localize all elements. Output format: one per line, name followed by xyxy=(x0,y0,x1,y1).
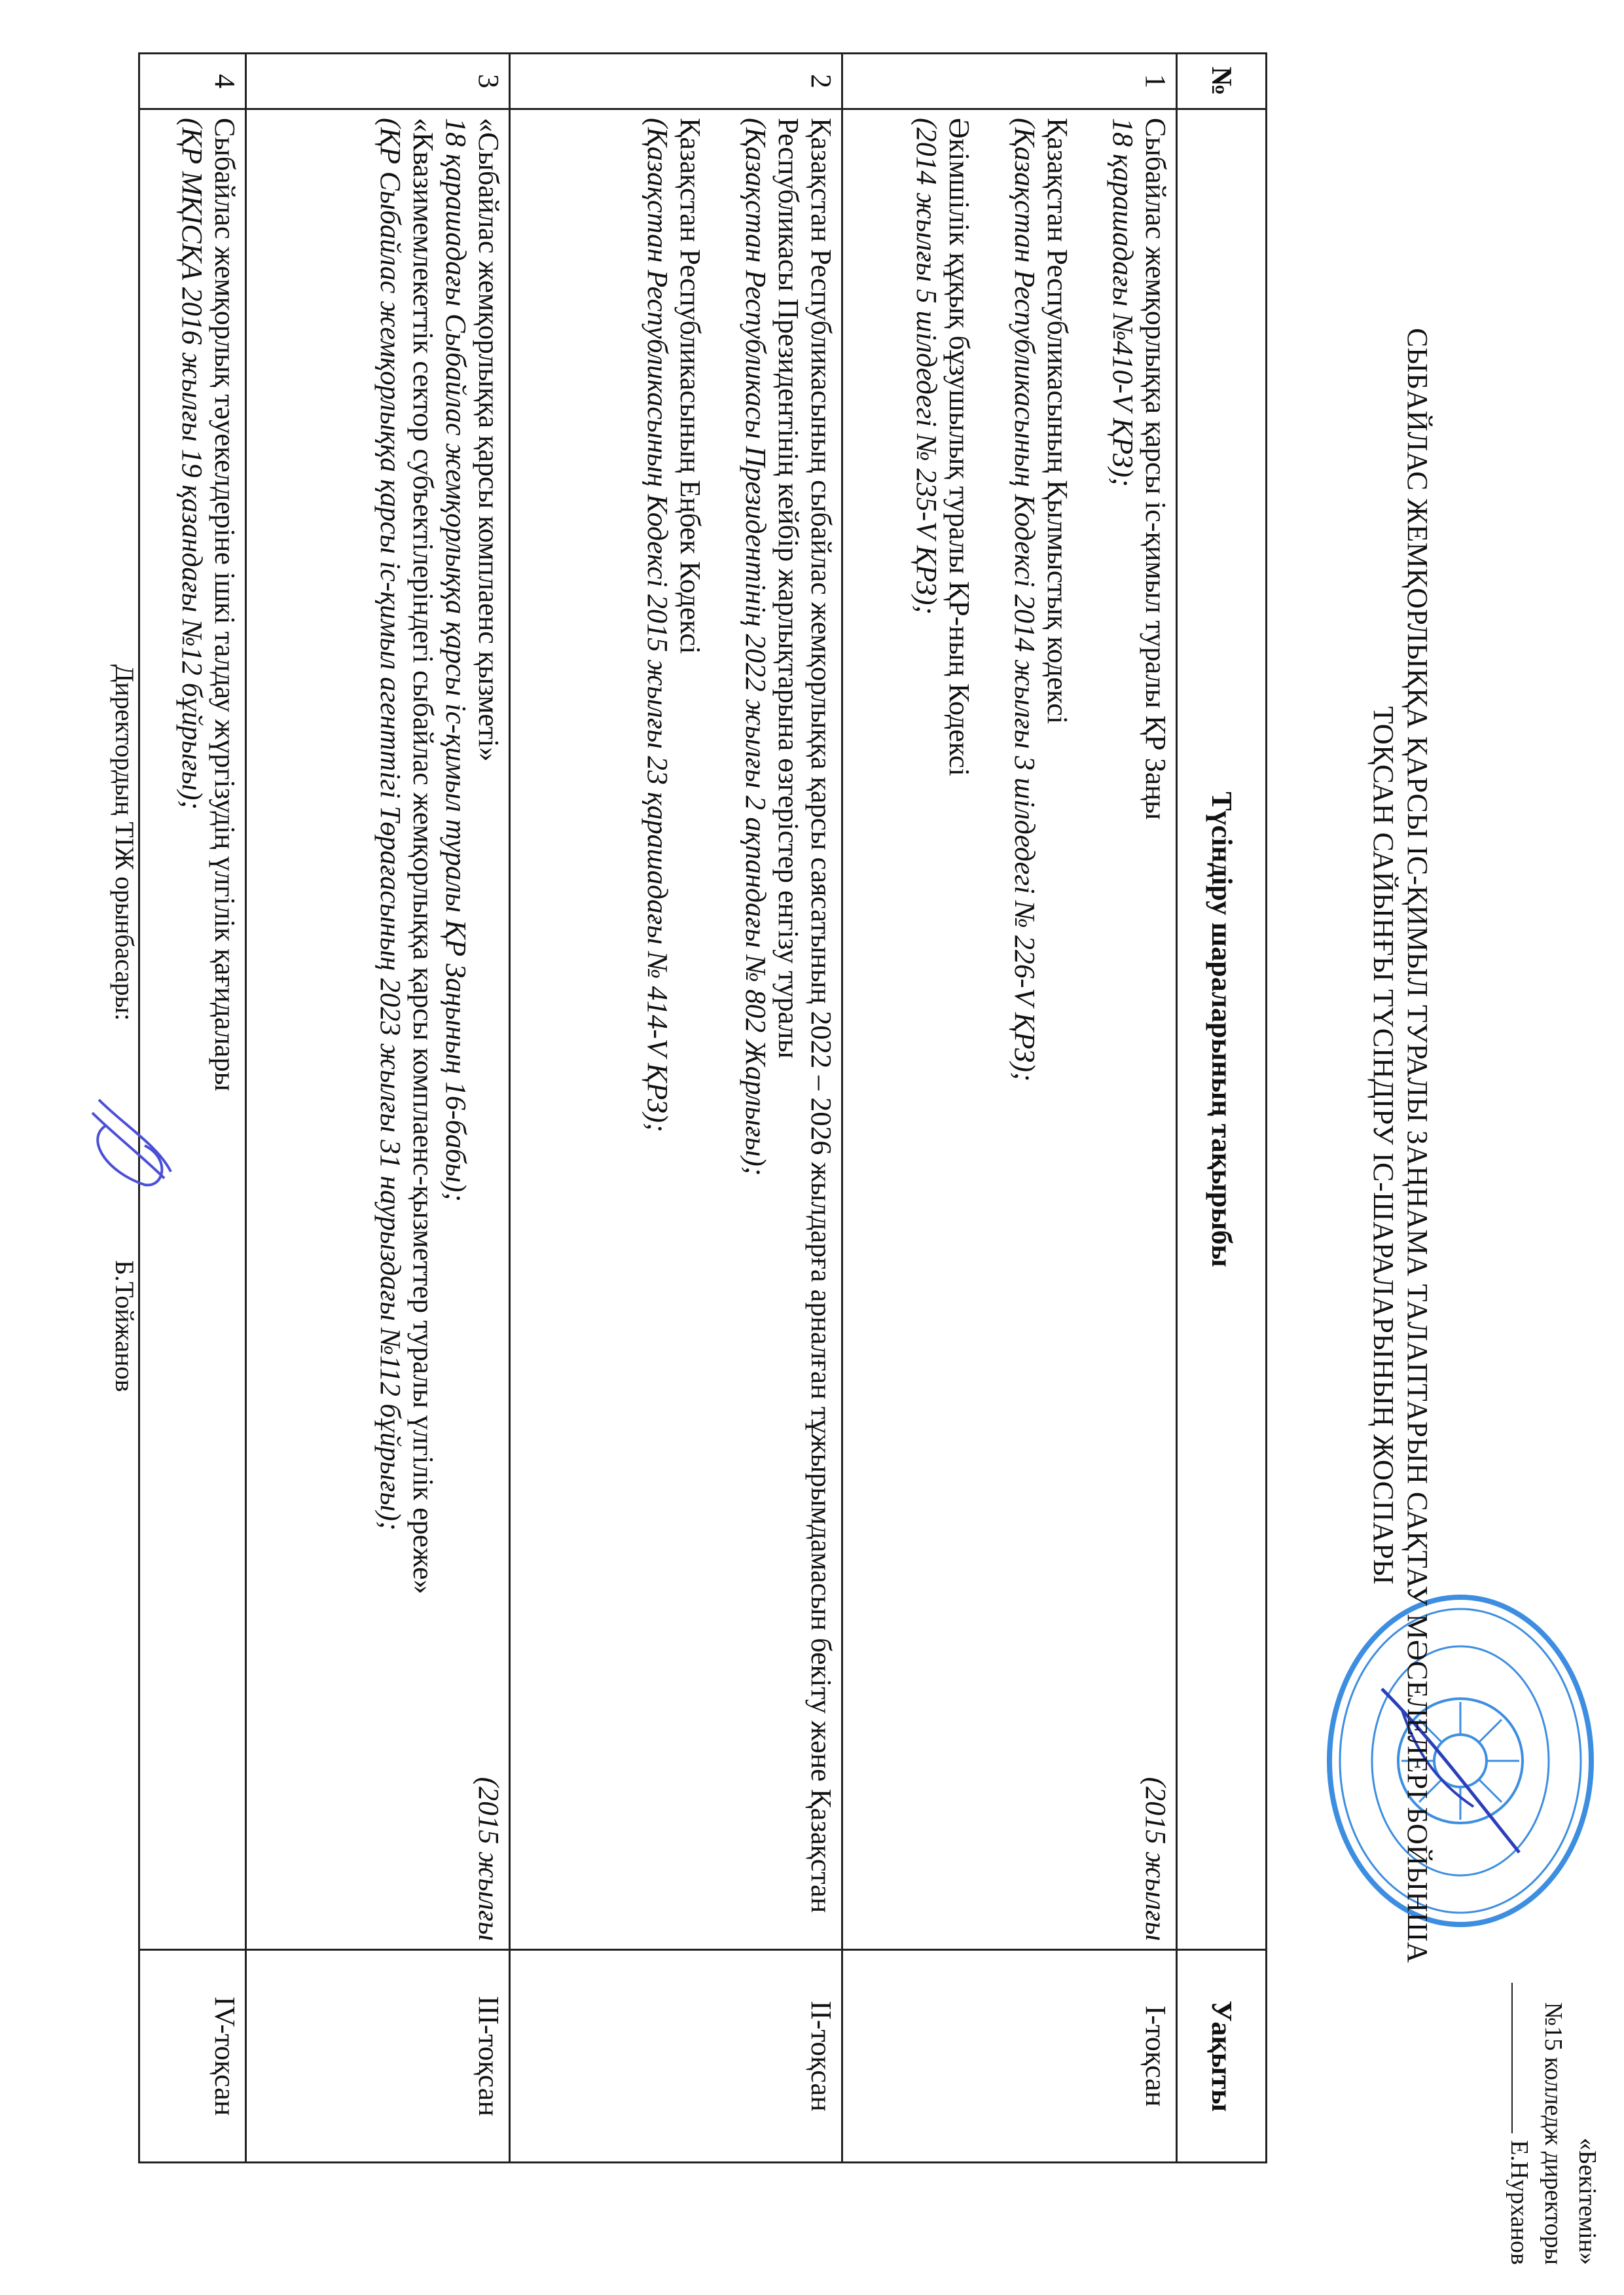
topic-reference: 18 қарашадағы №410-V ҚРЗ); xyxy=(1106,118,1139,1941)
table-row: 3 «Сыбайлас жемқорлыққа қарсы комплаенс … xyxy=(246,54,510,2163)
topic-title: «Квазимемлекеттік сектор субъектілерінде… xyxy=(406,118,439,1941)
topic-title: Сыбайлас жемқорлыққа қарсы іс-қимыл тура… xyxy=(1139,118,1172,820)
row-topics: Қазақстан Республикасының сыбайлас жемқо… xyxy=(510,109,842,1949)
topic-reference: (Қазақстан Республикасының Кодексі 2015 … xyxy=(641,118,674,1941)
document-title: СЫБАЙЛАС ЖЕМҚОРЛЫҚҚА ҚАРСЫ ІС-ҚИМЫЛ ТУРА… xyxy=(1366,131,1434,2160)
row-time: І-тоқсан xyxy=(842,1950,1177,2163)
header-number: № xyxy=(1177,54,1267,109)
topic-title-suffix: (2015 жылғы xyxy=(1139,1777,1172,1942)
row-time: ІІ-тоқсан xyxy=(510,1950,842,2163)
topic-reference: (Қазақстан Республикасы Президентінің 20… xyxy=(739,118,772,1941)
topic-title: Қазақстан Республикасының Қылмыстық коде… xyxy=(1041,118,1074,1941)
row-number: 3 xyxy=(246,54,510,109)
topic-title: «Сыбайлас жемқорлыққа қарсы комплаенс қы… xyxy=(472,118,505,762)
approval-name: Е.Нурханов xyxy=(1506,2140,1533,2265)
row-number: 2 xyxy=(510,54,842,109)
header-time: Уақыты xyxy=(1177,1950,1267,2163)
topic-reference: (Қазақстан Республикасының Кодексі 2014 … xyxy=(1008,118,1041,1941)
topic-title: Қазақстан Республикасының Еңбек Кодексі xyxy=(674,118,706,1941)
row-topics: Сыбайлас жемқорлыққа қарсы іс-қимыл тура… xyxy=(842,109,1177,1949)
header-topic: Түсіндіру шараларының тақырыбы xyxy=(1177,109,1267,1949)
approval-block: «Бекітемін» №15 колледж директоры Е.Нурх… xyxy=(1502,1898,1604,2265)
row-number: 4 xyxy=(139,54,246,109)
row-topics: «Сыбайлас жемқорлыққа қарсы комплаенс қы… xyxy=(246,109,510,1949)
title-line-1: СЫБАЙЛАС ЖЕМҚОРЛЫҚҚА ҚАРСЫ ІС-ҚИМЫЛ ТУРА… xyxy=(1400,131,1434,2160)
topic-title: Қазақстан Республикасының сыбайлас жемқо… xyxy=(772,118,837,1941)
topic-reference: (ҚР Сыбайлас жемқорлыққа қарсы іс-қимыл … xyxy=(374,118,406,1941)
table-row: 2 Қазақстан Республикасының сыбайлас жем… xyxy=(510,54,842,2163)
row-time: IV-тоқсан xyxy=(139,1950,246,2163)
row-time: ІІІ-тоқсан xyxy=(246,1950,510,2163)
official-stamp-icon xyxy=(1323,1591,1598,1931)
topic-reference: (ҚР МҚІСҚА 2016 жылғы 19 қазандағы №12 б… xyxy=(175,118,208,1941)
topic-reference: (2014 жылғы 5 шілдедегі № 235-V ҚРЗ); xyxy=(910,118,943,1941)
topic-title: Сыбайлас жемқорлық тәуекелдеріне ішкі та… xyxy=(208,118,241,1941)
document-page: «Бекітемін» №15 колледж директоры Е.Нурх… xyxy=(0,0,1624,2295)
row-topics: Сыбайлас жемқорлық тәуекелдеріне ішкі та… xyxy=(139,109,246,1949)
approval-label: «Бекітемін» xyxy=(1570,1898,1604,2265)
table-row: 1 Сыбайлас жемқорлыққа қарсы іс-қимыл ту… xyxy=(842,54,1177,2163)
title-line-2: ТОҚСАН САЙЫНҒЫ ТҮСІНДІРУ ІС-ШАРАЛАРЫНЫҢ … xyxy=(1366,131,1400,2160)
handwritten-signature-icon xyxy=(79,1087,184,1191)
topic-title-suffix: (2015 жылғы xyxy=(472,1777,505,1942)
topic-reference: 18 қарашадағы Сыбайлас жемқорлыққа қарсы… xyxy=(439,118,472,1941)
approval-signature-line xyxy=(1511,1983,1513,2133)
approval-position: №15 колледж директоры xyxy=(1536,1898,1570,2265)
topic-title: Әкімшілік құқық бұзушылық туралы ҚР-ның … xyxy=(943,118,975,1941)
signatory-name: Б.Тойжанов xyxy=(110,1260,141,1392)
signatory-role: Директордың ТІЖ орынбасары: xyxy=(110,664,141,1021)
plan-table: № Түсіндіру шараларының тақырыбы Уақыты … xyxy=(138,52,1267,2163)
row-number: 1 xyxy=(842,54,1177,109)
